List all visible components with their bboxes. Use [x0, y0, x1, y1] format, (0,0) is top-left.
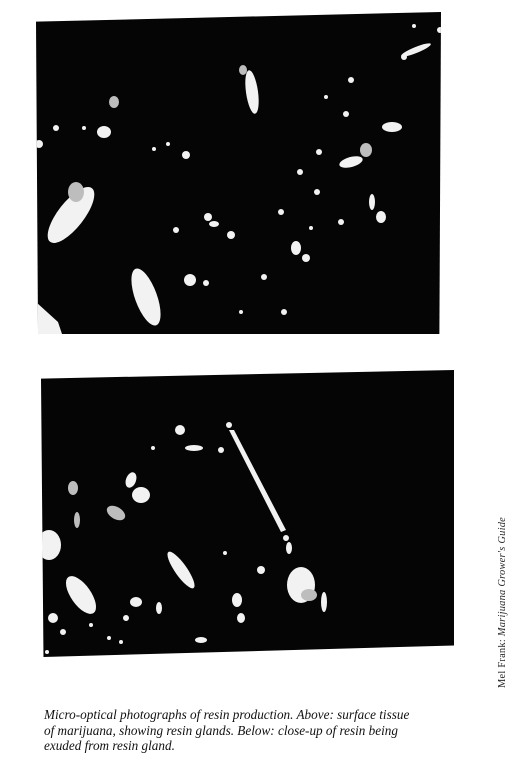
resin-exudation-image — [41, 370, 454, 657]
photo-top — [36, 12, 441, 334]
photo-bottom — [41, 370, 454, 657]
resin-glands-image — [36, 12, 441, 334]
figure-caption: Micro-optical photographs of resin produ… — [44, 707, 484, 754]
credit-author: Mel Frank: — [497, 639, 508, 688]
caption-line: Micro-optical photographs of resin produ… — [44, 707, 484, 723]
caption-line: of marijuana, showing resin glands. Belo… — [44, 723, 484, 739]
photo-credit: Mel Frank: Marijuana Grower's Guide — [497, 517, 508, 688]
credit-work: Marijuana Grower's Guide — [497, 517, 508, 636]
caption-line: exuded from resin gland. — [44, 738, 484, 754]
